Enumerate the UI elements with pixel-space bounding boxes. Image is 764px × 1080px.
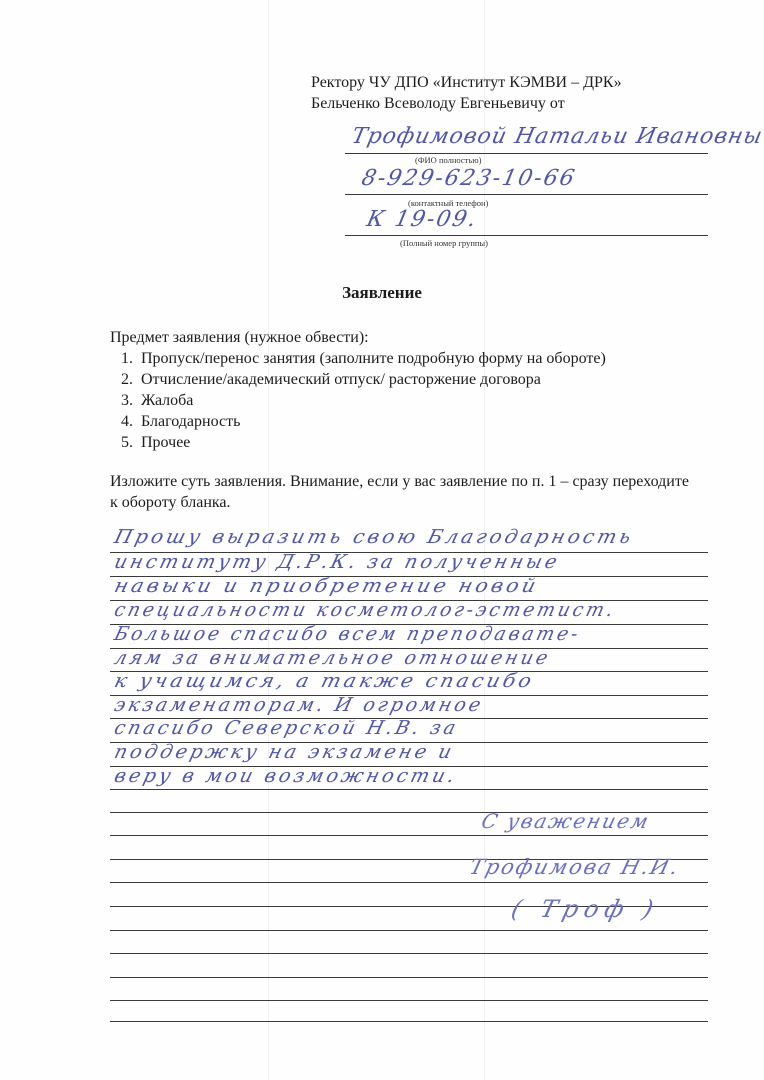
handwritten-line: Прошу выразить свою Благодарность (112, 526, 636, 548)
ruled-line (110, 1000, 708, 1001)
handwritten-line: навыки и приобретение новой (112, 575, 541, 597)
subject-option[interactable]: 1.Пропуск/перенос занятия (заполните под… (110, 348, 606, 369)
handwritten-line: к учащимся, а также спасибо (112, 670, 537, 692)
handwritten-line: веру в мои возможности. (112, 765, 460, 787)
addressee-line-1: Ректору ЧУ ДПО «Институт КЭМВИ – ДРК» (311, 72, 622, 93)
closing-name: Трофимова Н.И. (467, 855, 682, 879)
phone-value: 8-929-623-10-66 (359, 166, 578, 191)
document-title: Заявление (0, 283, 764, 303)
handwritten-line: Большое спасибо всем преподавате- (112, 623, 583, 645)
subject-option[interactable]: 5.Прочее (110, 432, 606, 453)
instruction-text: Изложите суть заявления. Внимание, если … (110, 471, 690, 513)
group-number-value: К 19-09. (364, 207, 480, 232)
ruled-line (110, 882, 708, 883)
full-name-line (345, 153, 708, 154)
ruled-line (110, 789, 708, 790)
signature: ( Троф ) (509, 895, 663, 923)
full-name-caption: (ФИО полностью) (415, 155, 481, 165)
addressee-block: Ректору ЧУ ДПО «Институт КЭМВИ – ДРК» Бе… (311, 72, 622, 114)
ruled-line (110, 835, 708, 836)
group-number-line (345, 235, 708, 236)
handwritten-line: поддержку на экзамене и (112, 741, 457, 763)
ruled-line (110, 1021, 708, 1022)
ruled-line (110, 930, 708, 931)
closing-regards: С уважением (479, 809, 653, 833)
addressee-line-2: Бельченко Всеволоду Евгеньевичу от (311, 93, 622, 114)
handwritten-line: экзаменаторам. И огромное (112, 694, 486, 716)
subject-label: Предмет заявления (нужное обвести): (110, 327, 606, 348)
subject-option[interactable]: 4.Благодарность (110, 411, 606, 432)
full-name-value: Трофимовой Натальи Ивановны (349, 124, 764, 149)
application-form-page: Ректору ЧУ ДПО «Институт КЭМВИ – ДРК» Бе… (0, 0, 764, 1080)
subject-option[interactable]: 3.Жалоба (110, 390, 606, 411)
handwritten-line: специальности косметолог-эстетист. (112, 599, 618, 621)
ruled-line (110, 977, 708, 978)
group-number-caption: (Полный номер группы) (400, 238, 488, 248)
ruled-line (110, 953, 708, 954)
handwritten-line: лям за внимательное отношение (112, 647, 553, 669)
subject-option[interactable]: 2.Отчисление/академический отпуск/ расто… (110, 369, 606, 390)
handwritten-line: спасибо Северской Н.В. за (112, 717, 461, 739)
phone-line (345, 194, 708, 195)
subject-section: Предмет заявления (нужное обвести): 1.Пр… (110, 327, 606, 453)
subject-options-list: 1.Пропуск/перенос занятия (заполните под… (110, 348, 606, 453)
handwritten-line: институту Д.Р.К. за полученные (112, 551, 562, 573)
